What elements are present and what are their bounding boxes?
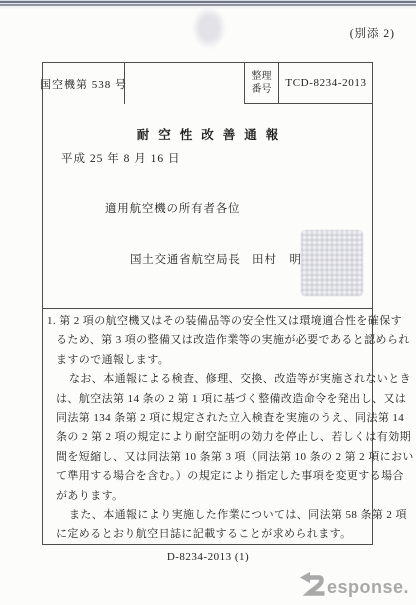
response-logo-r-icon (300, 572, 326, 598)
faint-stamp (192, 7, 226, 49)
signer-title: 国土交通省航空局長 (130, 251, 241, 267)
body-line: 条の 2 第 2 項の規定により耐空証明の効力を停止し、若しくは有効期 (43, 428, 372, 447)
official-seal (301, 230, 363, 296)
document-frame: 国空機第 538 号 整理 番号 TCD-8234-2013 耐空性改善通報 平… (42, 62, 373, 545)
body-line: があります。 (43, 487, 372, 506)
section-divider (43, 308, 372, 309)
body-line: ますので通報します。 (43, 351, 372, 370)
body-line: に定めるとおり航空日誌に記載することが求められます。 (43, 525, 372, 544)
reference-label-line2: 番号 (252, 83, 272, 96)
body-line: て準用する場合を含む。）の規定により指定した事項を変更する場合 (43, 467, 372, 486)
document-number: 国空機第 538 号 (43, 63, 125, 104)
document-title: 耐空性改善通報 (43, 125, 372, 143)
attachment-label: (別添 2) (350, 25, 395, 41)
body-line: は、航空法第 14 条の 2 第 1 項に基づく整備改造命令を発出し、又は (43, 390, 372, 409)
body-line: また、本通報により実施した作業については、同法第 58 条第 2 項 (43, 506, 372, 525)
reference-label-line1: 整理 (252, 70, 272, 83)
body-line: るため、第 3 項の整備又は改造作業等の実施が必要であると認められ (43, 331, 372, 350)
reference-number-value: TCD-8234-2013 (278, 63, 373, 104)
body-line: 同法第 134 条第 2 項に規定された立入検査を実施のうえ、同法第 14 (43, 409, 372, 428)
body-text: 1. 第 2 項の航空機又はその装備品等の安全性又は環境適合性を確保す るため、… (43, 312, 372, 545)
body-line: 間を短縮し、又は同法第 10 条第 3 項（同法第 10 条の 2 第 2 項に… (43, 448, 372, 467)
reference-number-label: 整理 番号 (244, 63, 278, 104)
footer-document-code: D-8234-2013 (1) (0, 551, 416, 563)
response-logo-text: esponse. (327, 576, 409, 598)
response-watermark: esponse. (300, 570, 409, 598)
body-line: なお、本通報による検査、修理、交換、改造等が実施されないとき (43, 370, 372, 389)
document-date: 平成 25 年 8 月 16 日 (61, 150, 181, 166)
body-line: 1. 第 2 項の航空機又はその装備品等の安全性又は環境適合性を確保す (43, 312, 372, 331)
recipient-line: 適用航空機の所有者各位 (105, 200, 240, 216)
